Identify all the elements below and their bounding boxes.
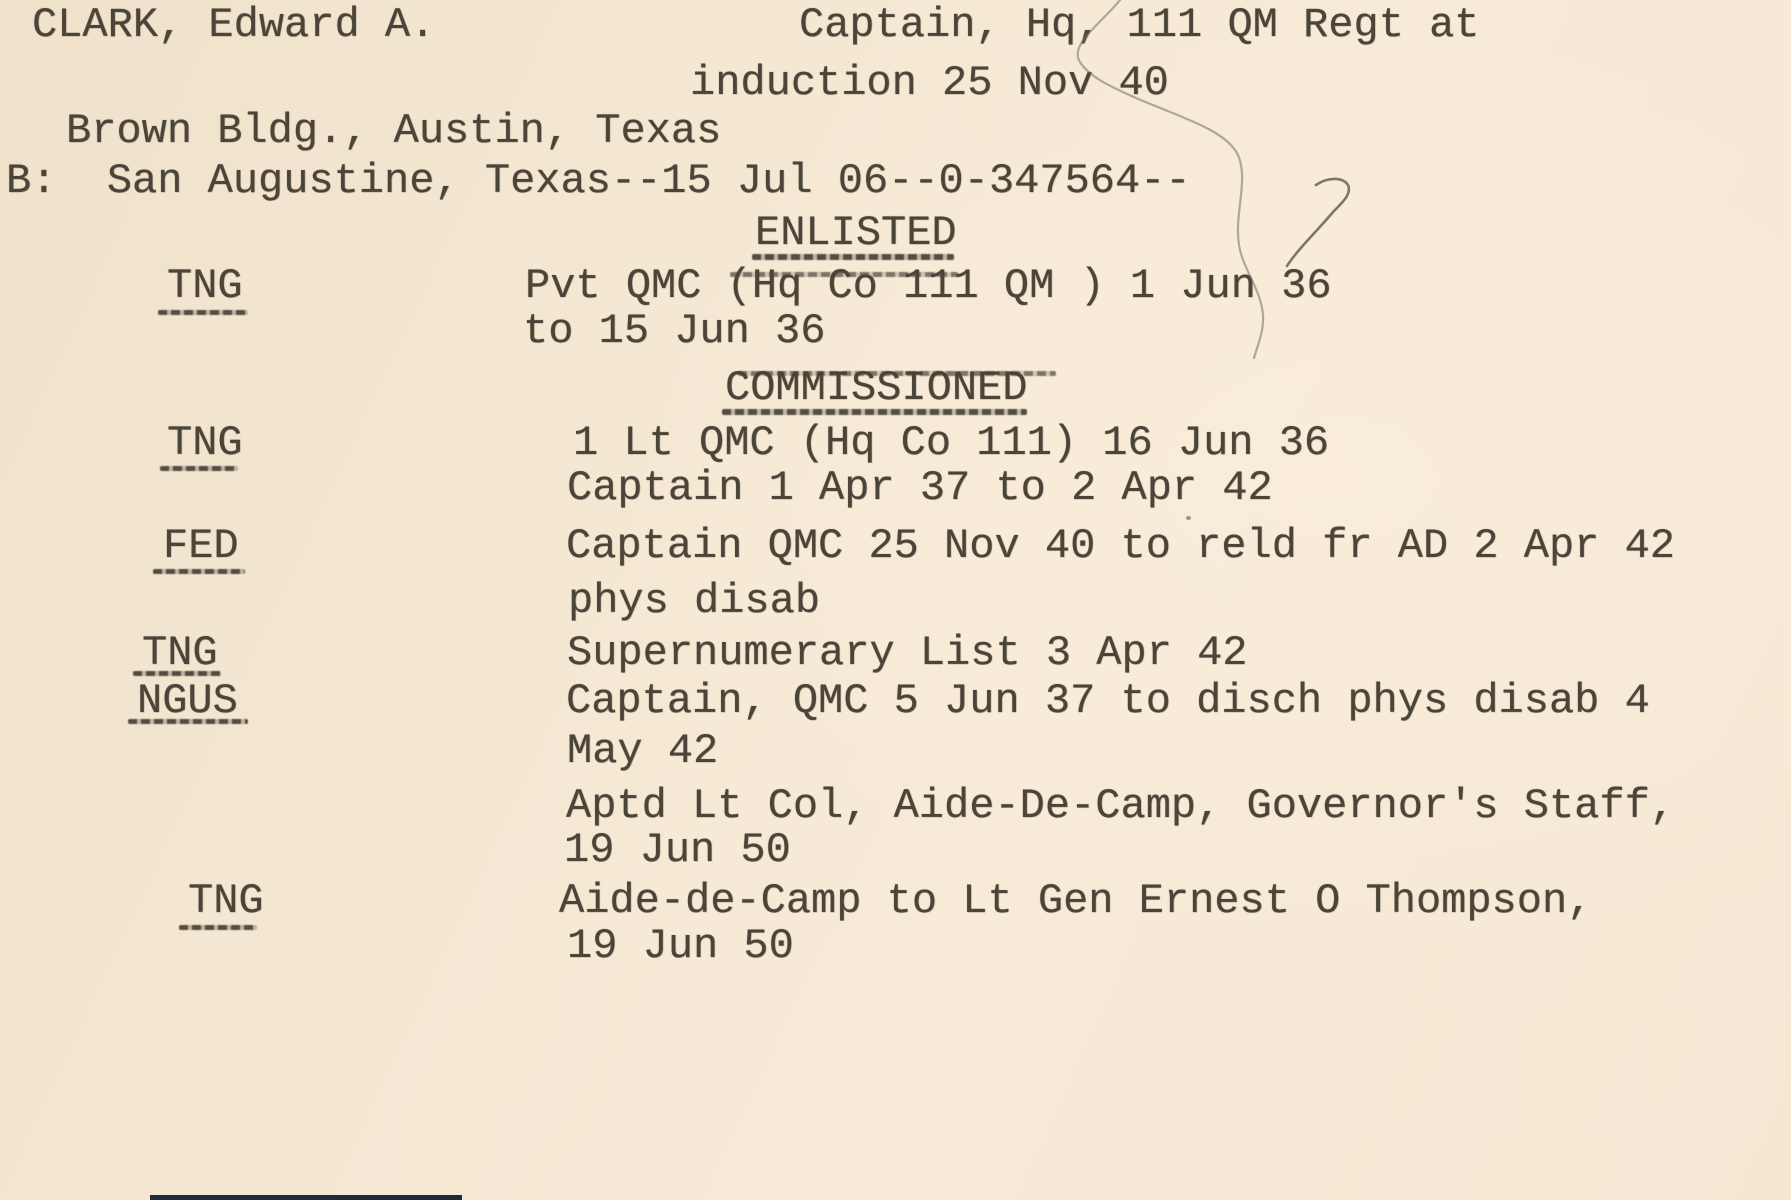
- person-name: CLARK, Edward A.: [32, 4, 435, 46]
- entry-label-tng: TNG: [142, 632, 218, 674]
- entry-label-ngus: NGUS: [137, 680, 238, 722]
- entry-line: Aptd Lt Col, Aide-De-Camp, Governor's St…: [566, 785, 1675, 827]
- entry-line: 1 Lt QMC (Hq Co 111) 16 Jun 36: [573, 422, 1329, 464]
- ink-speck: [1186, 516, 1191, 520]
- typed-underline: [158, 310, 248, 315]
- entry-label-tng: TNG: [167, 265, 243, 307]
- typed-underline: [153, 569, 245, 574]
- rank-at-induction-line-1: Captain, Hq, 111 QM Regt at: [799, 4, 1480, 46]
- pencil-hook-mark: [1287, 179, 1349, 266]
- entry-line: 19 Jun 50: [564, 829, 791, 871]
- entry-line: May 42: [567, 730, 718, 772]
- typed-underline: [722, 409, 1027, 415]
- entry-label-tng: TNG: [188, 880, 264, 922]
- entry-line: Supernumerary List 3 Apr 42: [567, 632, 1248, 674]
- typed-underline: [133, 671, 221, 676]
- typed-underline: [752, 254, 954, 260]
- typed-underline: [179, 925, 257, 930]
- entry-label-fed: FED: [163, 525, 239, 567]
- entry-line: Captain QMC 25 Nov 40 to reld fr AD 2 Ap…: [566, 525, 1675, 567]
- entry-label-tng: TNG: [167, 422, 243, 464]
- entry-line: 19 Jun 50: [567, 925, 794, 967]
- scan-edge-artifact: [150, 1195, 462, 1200]
- entry-line: Aide-de-Camp to Lt Gen Ernest O Thompson…: [559, 880, 1592, 922]
- entry-line: Pvt QMC (Hq Co 111 QM ) 1 Jun 36: [525, 265, 1332, 307]
- entry-line: Captain 1 Apr 37 to 2 Apr 42: [567, 467, 1273, 509]
- address-line: Brown Bldg., Austin, Texas: [66, 110, 721, 152]
- entry-line: phys disab: [568, 580, 820, 622]
- typed-underline: [128, 719, 248, 724]
- section-heading-enlisted: ENLISTED: [755, 212, 957, 254]
- birth-serial-line: B: San Augustine, Texas--15 Jul 06--0-34…: [6, 160, 1191, 202]
- entry-line: Captain, QMC 5 Jun 37 to disch phys disa…: [566, 680, 1650, 722]
- rank-at-induction-line-2: induction 25 Nov 40: [690, 62, 1169, 104]
- typed-underline: [160, 466, 238, 471]
- typed-underline-overstrike: [738, 371, 1056, 376]
- entry-line: to 15 Jun 36: [523, 310, 825, 352]
- service-record-card: CLARK, Edward A. Captain, Hq, 111 QM Reg…: [0, 0, 1791, 1200]
